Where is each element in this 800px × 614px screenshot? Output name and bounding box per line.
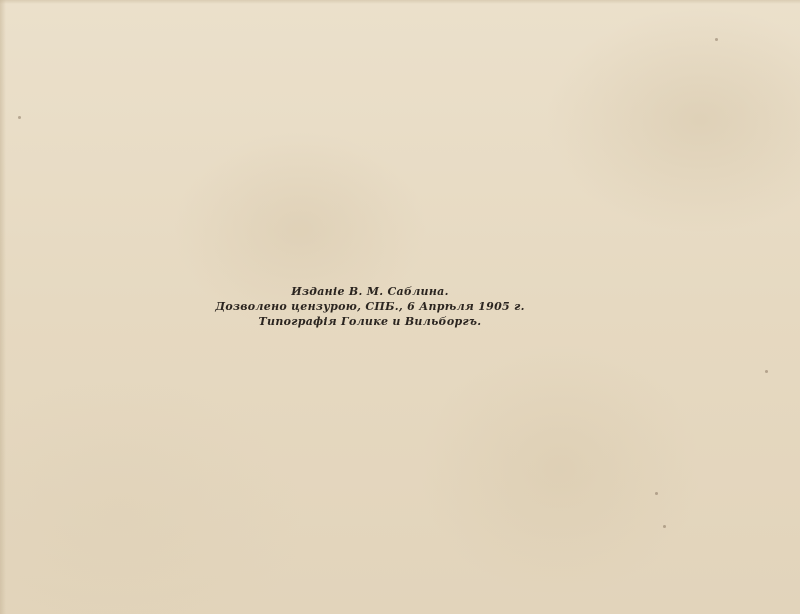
- paper-speck: [655, 492, 658, 495]
- page-edge-shadow: [0, 0, 6, 614]
- page-edge-shadow-top: [0, 0, 800, 4]
- scanned-page: Изданіе В. М. Саблина. Дозволено цензуро…: [0, 0, 800, 614]
- imprint-censorship-line: Дозволено цензурою, СПБ., 6 Апрѣля 1905 …: [200, 299, 540, 314]
- paper-speck: [715, 38, 718, 41]
- paper-speck: [18, 116, 21, 119]
- paper-speck: [765, 370, 768, 373]
- imprint-block: Изданіе В. М. Саблина. Дозволено цензуро…: [200, 284, 540, 329]
- paper-speck: [663, 525, 666, 528]
- imprint-printer-line: Типографія Голике и Вильборгъ.: [200, 314, 540, 329]
- imprint-publisher-line: Изданіе В. М. Саблина.: [200, 284, 540, 299]
